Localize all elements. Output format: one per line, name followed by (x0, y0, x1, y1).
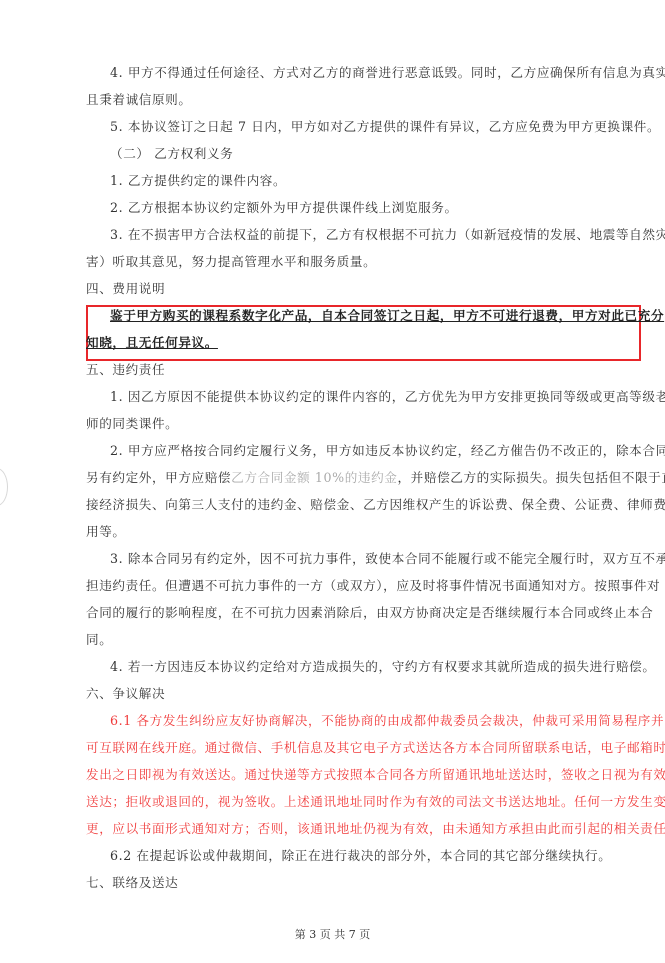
paragraph-dispute-6-1-cont3: 送达；拒收或退回的，视为签收。上述通讯地址同时作为有效的司法文书送达地址。任何一… (86, 793, 630, 811)
paragraph-dispute-6-1-cont4: 更，应以书面形式通知对方；否则，该通讯地址仍视为有效，由未通知方承担由此而引起的… (86, 820, 630, 838)
paragraph-no-refund-cont: 知晓，且无任何异议。 (86, 334, 630, 352)
heading-breach-liability: 五、违约责任 (86, 361, 630, 379)
paragraph-no-refund: 鉴于甲方购买的课程系数字化产品，自本合同签订之日起，甲方不可进行退费，甲方对此已… (110, 307, 630, 325)
paragraph-breach-3-cont: 担违约责任。但遭遇不可抗力事件的一方（或双方），应及时将事件情况书面通知对方。按… (86, 577, 630, 595)
paragraph-breach-2-cont3: 用等。 (86, 523, 630, 541)
heading-contact-delivery: 七、联络及送达 (86, 874, 630, 892)
paragraph-dispute-6-1-cont2: 发出之日即视为有效送达。通过快递等方式按照本合同各方所留通讯地址送达时，签收之日… (86, 766, 630, 784)
paragraph-breach-4: 4. 若一方因违反本协议约定给对方造成损失的，守约方有权要求其就所造成的损失进行… (110, 658, 630, 676)
breach-2-prefix: 另有约定外，甲方应赔偿 (86, 470, 231, 485)
paragraph-breach-2-cont2: 接经济损失、向第三人支付的违约金、赔偿金、乙方因维权产生的诉讼费、保全费、公证费… (86, 496, 630, 514)
paragraph-b-3-cont: 害）听取其意见，努力提高管理水平和服务质量。 (86, 253, 630, 271)
heading-fee-explanation: 四、费用说明 (86, 280, 630, 298)
paragraph-b-1: 1. 乙方提供约定的课件内容。 (110, 172, 630, 190)
breach-2-suffix: ，并赔偿乙方的实际损失。损失包括但不限于直 (397, 470, 665, 485)
paragraph-breach-3-cont3: 同。 (86, 631, 630, 649)
breach-2-faded-amount: 乙方合同金额 10%的违约金 (231, 470, 397, 485)
paragraph-dispute-6-1-cont: 可互联网在线开庭。通过微信、手机信息及其它电子方式送达各方本合同所留联系电话，电… (86, 739, 630, 757)
paragraph-b-2: 2. 乙方根据本协议约定额外为甲方提供课件线上浏览服务。 (110, 199, 630, 217)
paragraph-breach-3: 3. 除本合同另有约定外，因不可抗力事件，致使本合同不能履行或不能完全履行时，双… (110, 550, 630, 568)
paragraph-breach-2: 2. 甲方应严格按合同约定履行义务，甲方如违反本协议约定，经乙方催告仍不改正的，… (110, 442, 630, 460)
document-page: 4. 甲方不得通过任何途径、方式对乙方的商誉进行恶意诋毁。同时，乙方应确保所有信… (0, 0, 665, 963)
page-number-footer: 第 3 页 共 7 页 (0, 926, 665, 942)
paragraph-breach-1: 1. 因乙方原因不能提供本协议约定的课件内容的，乙方优先为甲方安排更换同等级或更… (110, 388, 630, 406)
paragraph-dispute-6-1: 6.1 各方发生纠纷应友好协商解决，不能协商的由成都仲裁委员会裁决，仲裁可采用简… (110, 712, 630, 730)
paragraph-clause-4: 4. 甲方不得通过任何途径、方式对乙方的商誉进行恶意诋毁。同时，乙方应确保所有信… (110, 64, 630, 82)
paragraph-b-3: 3. 在不损害甲方合法权益的前提下，乙方有权根据不可抗力（如新冠疫情的发展、地震… (110, 226, 630, 244)
subheading-party-b-rights: （二） 乙方权利义务 (110, 145, 630, 163)
paragraph-dispute-6-2: 6.2 在提起诉讼或仲裁期间，除正在进行裁决的部分外，本合同的其它部分继续执行。 (110, 847, 630, 865)
paragraph-breach-1-cont: 师的同类课件。 (86, 415, 630, 433)
page-edge-marker (0, 468, 8, 506)
paragraph-clause-5: 5. 本协议签订之日起 7 日内，甲方如对乙方提供的课件有异议，乙方应免费为甲方… (110, 118, 630, 136)
paragraph-breach-3-cont2: 合同的履行的影响程度，在不可抗力因素消除后，由双方协商决定是否继续履行本合同或终… (86, 604, 630, 622)
paragraph-clause-4-cont: 且秉着诚信原则。 (86, 91, 630, 109)
heading-dispute-resolution: 六、争议解决 (86, 685, 630, 703)
paragraph-breach-2-cont: 另有约定外，甲方应赔偿乙方合同金额 10%的违约金，并赔偿乙方的实际损失。损失包… (86, 469, 630, 487)
